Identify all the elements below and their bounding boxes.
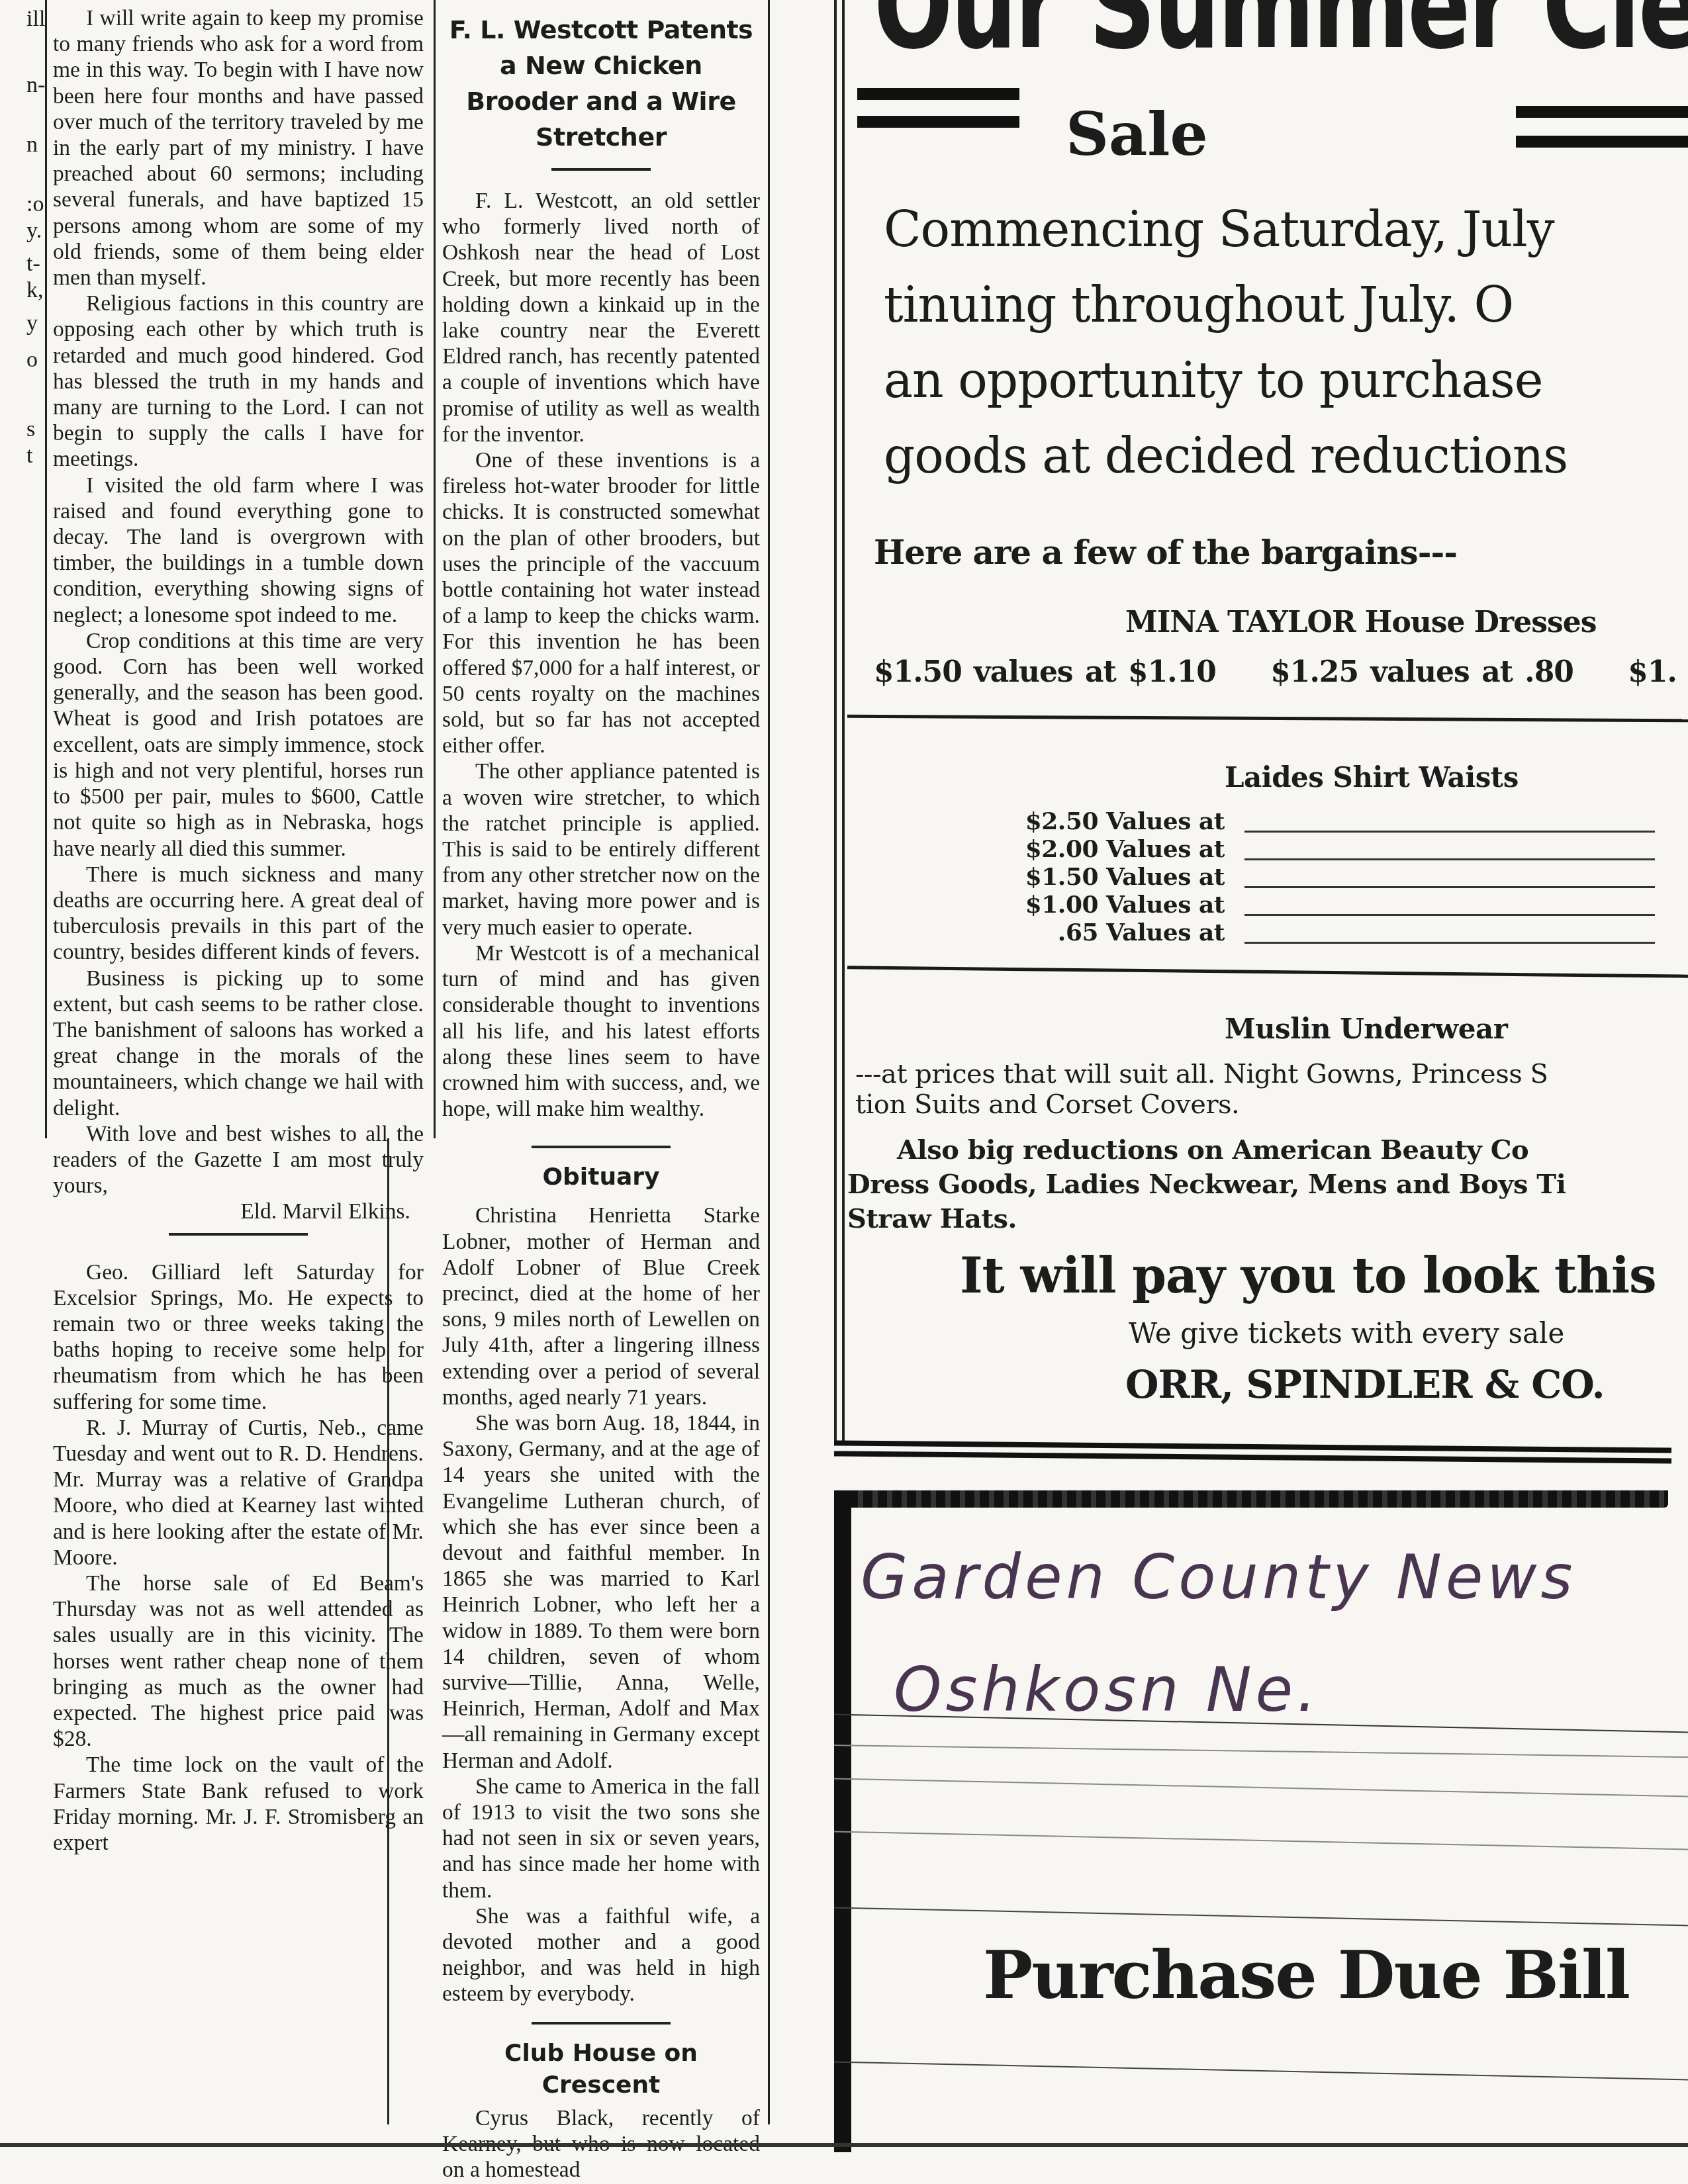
- article-separator: [169, 1233, 308, 1236]
- left-margin-fragments: ill n- n :o y. t- k, y o s t: [0, 0, 61, 2144]
- letter-paragraph: I will write again to keep my promise to…: [53, 5, 424, 291]
- westcott-headline: F. L. Westcott Patents a New Chicken Bro…: [442, 12, 760, 155]
- faint-rule: [834, 1778, 1688, 1797]
- shirt-waists-heading: Laides Shirt Waists: [1225, 761, 1519, 794]
- margin-fragment: n-: [26, 73, 45, 98]
- obituary-paragraph: She came to America in the fall of 1913 …: [442, 1774, 760, 1903]
- margin-fragment: k,: [26, 278, 44, 303]
- letter-paragraph: With love and best wishes to all the rea…: [53, 1121, 424, 1199]
- club-house-heading: Club House on Crescent: [442, 2038, 760, 2101]
- dress-price: $1.50 values at $1.10: [874, 655, 1216, 689]
- ad-title: Our Summer Clea: [874, 0, 1688, 66]
- margin-fragment: t-: [26, 251, 40, 277]
- dress-price: $1.: [1628, 655, 1677, 689]
- article-separator: [551, 168, 651, 171]
- mina-taylor-heading: MINA TAYLOR House Dresses: [1125, 606, 1596, 639]
- ad-border: [842, 0, 845, 1443]
- letter-paragraph: There is much sickness and many deaths a…: [53, 862, 424, 966]
- faint-rule: [834, 1831, 1688, 1850]
- local-item: The horse sale of Ed Beam's Thursday was…: [53, 1570, 424, 1752]
- article-separator: [532, 2022, 671, 2025]
- local-item: R. J. Murray of Curtis, Neb., came Tuesd…: [53, 1415, 424, 1570]
- article-paragraph: Mr Westcott is of a mechanical turn of m…: [442, 940, 760, 1122]
- also-reductions-line: Also big reductions on American Beauty C…: [897, 1133, 1528, 1167]
- also-reductions-line: Straw Hats.: [847, 1202, 1017, 1236]
- margin-fragment: y: [26, 311, 38, 336]
- ad-border: [834, 0, 837, 1443]
- section-divider: [847, 966, 1688, 978]
- margin-fragment: n: [26, 132, 38, 158]
- ad-lead-text: Commencing Saturday, July tinuing throug…: [884, 192, 1568, 494]
- section-divider: [847, 715, 1688, 723]
- decorative-bar: [857, 88, 1019, 100]
- letter-signature: Eld. Marvil Elkins.: [53, 1199, 424, 1224]
- store-name: ORR, SPINDLER & CO.: [1125, 1362, 1605, 1407]
- local-item: The time lock on the vault of the Farmer…: [53, 1752, 424, 1856]
- margin-fragment: t: [26, 443, 32, 469]
- price-blank-line: [1244, 831, 1655, 833]
- obituary-paragraph: Christina Henrietta Starke Lobner, mothe…: [442, 1203, 760, 1410]
- ad-sale-word: Sale: [1066, 99, 1208, 169]
- obituary-paragraph: She was born Aug. 18, 1844, in Saxony, G…: [442, 1410, 760, 1774]
- faint-rule: [834, 2061, 1688, 2080]
- shirt-waist-row: $1.00 Values at: [1000, 891, 1225, 919]
- ad-bottom-border: [834, 1451, 1671, 1463]
- pay-you-line: It will pay you to look this: [960, 1248, 1656, 1304]
- column-rule: [434, 0, 436, 1138]
- article-separator: [532, 1146, 671, 1148]
- tickets-line: We give tickets with every sale: [1129, 1317, 1564, 1349]
- ad-lead-line: Commencing Saturday, July: [884, 192, 1568, 267]
- handwritten-note-line: Oshkosn Ne.: [894, 1655, 1320, 1725]
- ad-lead-line: goods at decided reductions: [884, 418, 1568, 494]
- article-paragraph: The other appliance patented is a woven …: [442, 758, 760, 940]
- margin-fragment: s: [26, 417, 35, 442]
- handwritten-note-line: Garden County News: [861, 1542, 1577, 1613]
- price-blank-line: [1244, 942, 1655, 944]
- decorative-border: [834, 1490, 1668, 1508]
- muslin-line: ---at prices that will suit all. Night G…: [855, 1059, 1548, 1089]
- letter-paragraph: Crop conditions at this time are very go…: [53, 628, 424, 862]
- ad-lead-line: an opportunity to purchase: [884, 343, 1568, 418]
- margin-fragment: :o: [26, 192, 44, 217]
- shirt-waist-row: $2.00 Values at: [1000, 835, 1225, 863]
- shirt-waist-row: $2.50 Values at: [1000, 807, 1225, 835]
- dress-prices: $1.50 values at $1.10 $1.25 values at .8…: [874, 655, 1688, 689]
- decorative-bar: [1516, 136, 1688, 148]
- price-blank-line: [1244, 914, 1655, 916]
- newspaper-page: ill n- n :o y. t- k, y o s t I will writ…: [0, 0, 1688, 2184]
- muslin-line: tion Suits and Corset Covers.: [855, 1089, 1239, 1120]
- due-bill-heading: Purchase Due Bill: [983, 1936, 1629, 2014]
- ad-bottom-border: [834, 1440, 1671, 1453]
- margin-fragment: ill: [26, 7, 45, 32]
- shirt-waist-row: $1.50 Values at: [1000, 863, 1225, 891]
- page-edge: [0, 2143, 1688, 2147]
- obituary-paragraph: She was a faithful wife, a devoted mothe…: [442, 1903, 760, 2007]
- local-item: Geo. Gilliard left Saturday for Excelsio…: [53, 1259, 424, 1415]
- letter-paragraph: I visited the old farm where I was raise…: [53, 473, 424, 628]
- margin-fragment: y.: [26, 218, 42, 244]
- decorative-bar: [1516, 106, 1688, 118]
- dress-price: $1.25 values at .80: [1270, 655, 1573, 689]
- decorative-bar: [857, 116, 1019, 128]
- column-rule: [45, 0, 47, 1138]
- price-blank-line: [1244, 858, 1655, 860]
- obituary-heading: Obituary: [442, 1161, 760, 1193]
- column-rule: [768, 0, 770, 2124]
- price-blank-line: [1244, 886, 1655, 888]
- sale-advertisement: Our Summer Clea Sale Commencing Saturday…: [834, 0, 1688, 2184]
- also-reductions-line: Dress Goods, Ladies Neckwear, Mens and B…: [847, 1167, 1566, 1202]
- letter-paragraph: Religious factions in this country are o…: [53, 291, 424, 472]
- shirt-waist-row: .65 Values at: [1000, 919, 1225, 946]
- muslin-heading: Muslin Underwear: [1225, 1013, 1507, 1045]
- bargains-heading: Here are a few of the bargains---: [874, 533, 1457, 572]
- letter-paragraph: Business is picking up to some extent, b…: [53, 966, 424, 1121]
- article-paragraph: One of these inventions is a fireless ho…: [442, 447, 760, 758]
- faint-rule: [834, 1907, 1688, 1926]
- faint-rule: [834, 1745, 1688, 1758]
- article-paragraph: F. L. Westcott, an old settler who forme…: [442, 188, 760, 447]
- news-column: F. L. Westcott Patents a New Chicken Bro…: [442, 12, 760, 2183]
- ad-lead-line: tinuing throughout July. O: [884, 267, 1568, 343]
- letter-column: I will write again to keep my promise to…: [53, 5, 424, 1856]
- margin-fragment: o: [26, 347, 38, 373]
- decorative-border: [834, 1490, 851, 2152]
